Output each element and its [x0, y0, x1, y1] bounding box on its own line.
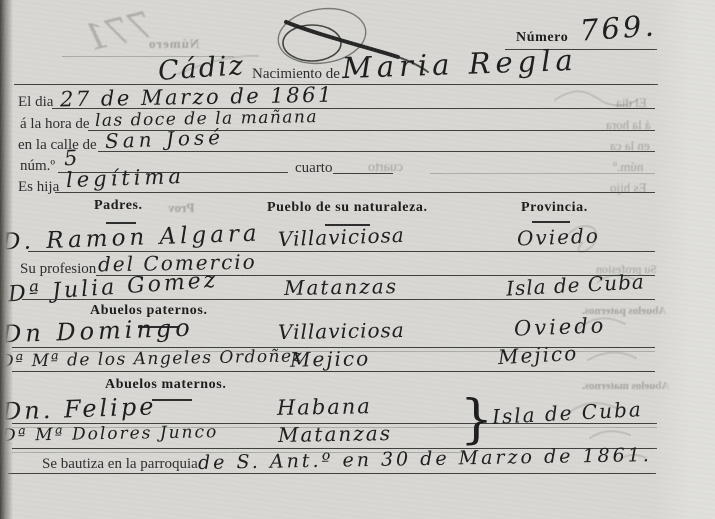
- num-value: 5: [63, 148, 77, 170]
- ghost-hora-label: á la hora: [606, 117, 651, 133]
- paternal-grandfather-pueblo: Villaviciosa: [278, 320, 405, 342]
- maternal-grandfather-name: Dn. Felipe: [2, 394, 157, 423]
- calle-value: San José: [105, 127, 225, 151]
- paternal-grandmother-pueblo: Mejico: [290, 348, 370, 369]
- paternal-grandmother-provincia: Mejico: [498, 343, 579, 367]
- ghost-profesion-label: Su profesion: [596, 262, 657, 277]
- hijo-value: legítima: [66, 166, 186, 191]
- ghost-numero-value: 771: [80, 4, 157, 60]
- rule-calle: [98, 151, 655, 152]
- abuelos-maternos-label: Abuelos maternos.: [105, 377, 226, 393]
- register-page: 771 Número Número 769. Cádiz Nacimiento …: [0, 0, 715, 519]
- ghost-cuarto-label: cuarto: [368, 160, 403, 176]
- city-value: Cádiz: [157, 52, 246, 85]
- mother-pueblo: Matanzas: [284, 276, 398, 298]
- col-header-padres: Padres.: [94, 198, 143, 214]
- col-header-pueblo: Pueblo de su naturaleza.: [267, 200, 428, 216]
- maternal-grandfather-pueblo: Habana: [277, 396, 372, 419]
- numero-value: 769.: [579, 11, 657, 45]
- bautiza-value: de S. Ant.º en 30 de Marzo de 1861.: [198, 446, 652, 473]
- father-provincia: Oviedo: [517, 226, 600, 249]
- hora-label: á la hora de: [20, 116, 90, 133]
- rule-bautiza: [8, 473, 656, 474]
- ghost-hijo-label: Es hijo: [610, 180, 646, 196]
- maternal-grandmother-pueblo: Matanzas: [278, 423, 392, 445]
- father-pueblo: Villaviciosa: [278, 225, 405, 249]
- paternal-grandfather-provincia: Oviedo: [514, 315, 607, 339]
- underline-abuelos-maternos: [152, 399, 192, 401]
- maternal-grandmother-name: Dª Mª Dolores Junco: [2, 424, 219, 445]
- page-edge-right: [653, 0, 715, 519]
- rule-nacimiento: [14, 84, 658, 85]
- ghost-el-dia-label: El dia: [616, 95, 647, 111]
- rule-mother: [22, 299, 655, 300]
- paternal-grandfather-name: Dn Domingo: [2, 316, 194, 347]
- hijo-label: Es hija: [18, 179, 59, 196]
- ghost-num-label: núm.º: [613, 159, 643, 175]
- profesion-label: Su profesion: [20, 261, 96, 278]
- underline-padres: [106, 222, 136, 224]
- nacimiento-label: Nacimiento de: [252, 66, 340, 83]
- cuarto-label: cuarto: [295, 160, 332, 177]
- bautiza-label: Se bautiza en la parroquia: [42, 456, 198, 473]
- rule-hijo: [55, 192, 655, 193]
- underline-provincia: [532, 221, 570, 223]
- ghost-numero-label: Número: [148, 36, 199, 52]
- paternal-grandmother-name: Dª Mª de los Angeles Ordoñez: [0, 348, 303, 370]
- binding-edge-left: [0, 0, 13, 519]
- col-header-provincia: Provincia.: [521, 200, 588, 216]
- num-label: núm.º: [20, 158, 55, 175]
- ghost-provincia-label: Prov: [168, 200, 194, 216]
- ghost-calle-label: en la ca: [610, 138, 650, 154]
- rule-paternal-grandmother: [12, 371, 655, 372]
- calle-label: en la calle de: [18, 137, 97, 154]
- provincia-brace: }: [460, 394, 493, 446]
- child-name: Maria Regla: [342, 46, 579, 83]
- el-dia-label: El dia: [18, 94, 53, 111]
